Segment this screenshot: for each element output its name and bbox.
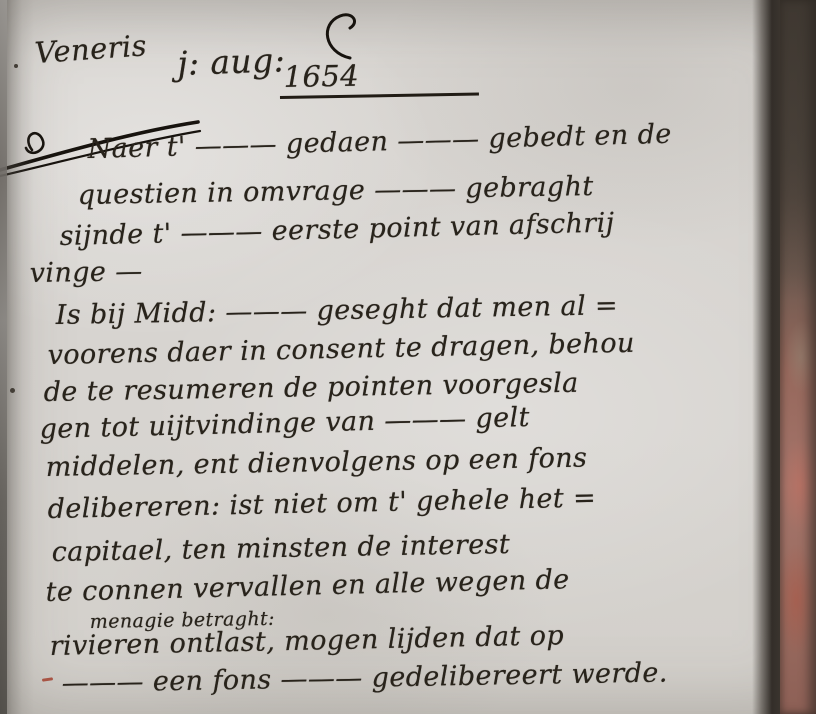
marbled-cover-strip-top-shade	[780, 0, 816, 300]
manuscript-line: vinge —	[29, 256, 142, 289]
header-curl-icon	[306, 8, 366, 68]
binding-edge-left	[0, 0, 7, 714]
manuscript-page: Veneris j: aug: 1654 Naer t' ——— gedaen …	[0, 0, 816, 714]
header-day-month: j: aug:	[177, 40, 286, 83]
